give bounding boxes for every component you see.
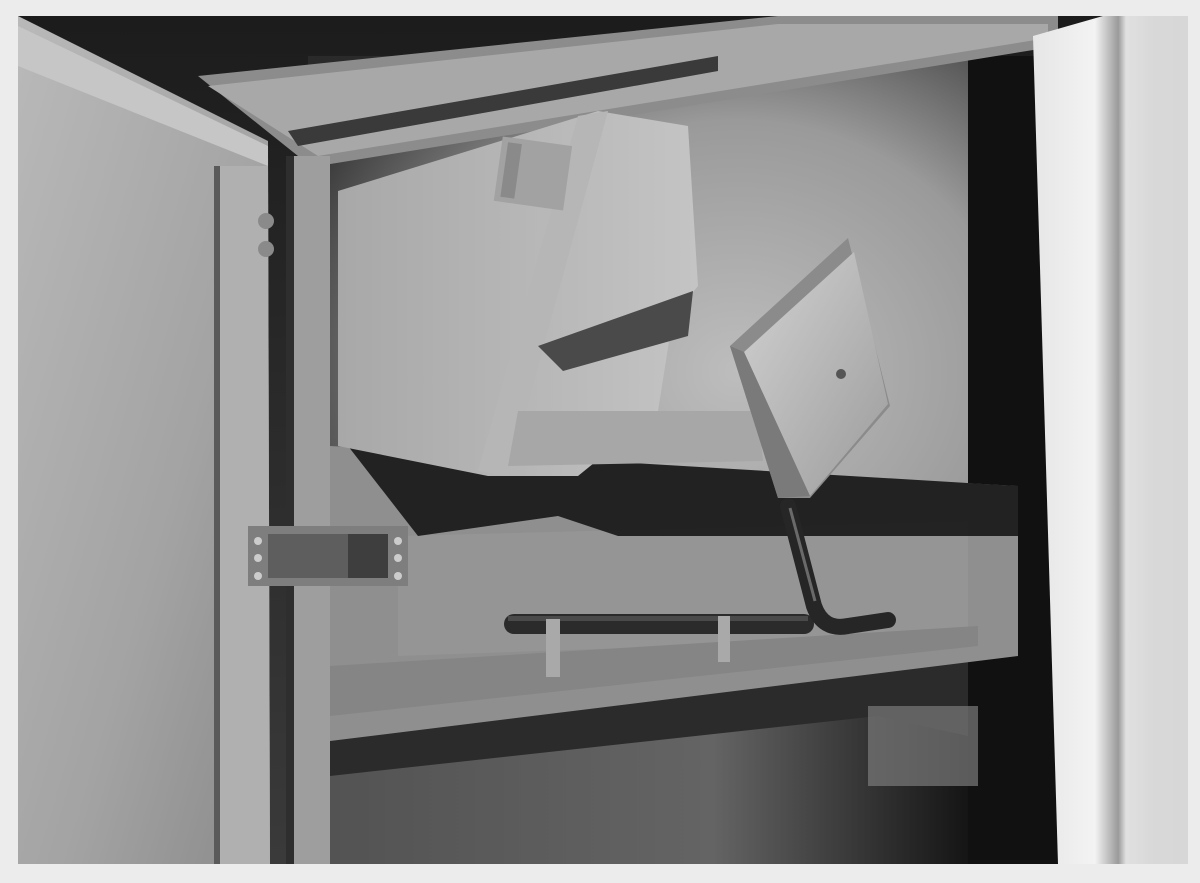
photo-scene [18,16,1188,864]
right-door-frame [1033,16,1188,864]
photograph: Black-and-white photograph of an open me… [18,16,1188,864]
strap-hinge [248,526,408,586]
open-door [18,16,274,864]
